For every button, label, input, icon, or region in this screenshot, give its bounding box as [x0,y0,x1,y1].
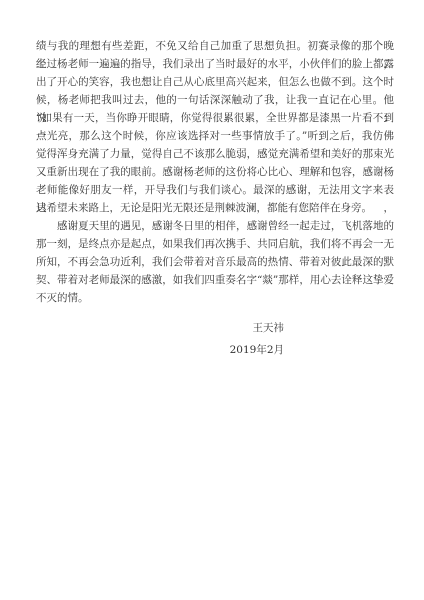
document-page: 绩与我的理想有些差距，不免又给自己加重了思想负担。初赛录像的那个晚上，经过杨老师… [0,0,424,600]
text-line: 绩与我的理想有些差距，不免又给自己加重了思想负担。初赛录像的那个晚上， [36,37,394,55]
text-line: 出了开心的笑容，我也想让自己从心底里高兴起来，但怎么也做不到。这个时 [36,73,394,91]
text-line: 候，杨老师把我叫过去，他的一句话深深触动了我，让我一直记在心里。他说： [36,91,394,109]
text-line: 老师能像好朋友一样，开导我们与我们谈心。最深的感谢，无法用文字来表达， [36,181,394,199]
signature-name: 王天祎 [36,317,284,339]
text-line: 只希望未来路上，无论是阳光无限还是荆棘波澜，都能有您陪伴在身旁。 [36,199,394,217]
text-line: 那一刻，是终点亦是起点，如果我们再次携手、共同启航，我们将不再会一无 [36,235,394,253]
signature-block: 王天祎 2019年2月 [36,317,394,361]
text-line: 经过杨老师一遍遍的指导，我们录出了当时最好的水平，小伙伴们的脸上都露 [36,55,394,73]
text-line: 觉得浑身充满了力量，觉得自己不该那么脆弱，感觉充满希望和美好的那束光 [36,145,394,163]
signature-date: 2019年2月 [36,339,284,361]
text-line: 所知，不再会急功近利，我们会带着对音乐最高的热情、带着对彼此最深的默 [36,253,394,271]
text-line: “如果有一天，当你睁开眼睛，你觉得很累很累，全世界都是漆黑一片看不到一 [36,109,394,127]
text-line: 感谢夏天里的遇见，感谢冬日里的相伴，感谢曾经一起走过，飞机落地的 [36,217,394,235]
text-line: 不灭的情。 [36,289,394,307]
text-line: 又重新出现在了我的眼前。感谢杨老师的这份将心比心、理解和包容，感谢杨 [36,163,394,181]
document-content: 绩与我的理想有些差距，不免又给自己加重了思想负担。初赛录像的那个晚上，经过杨老师… [0,0,424,361]
text-line: 点光亮，那么这个时候，你应该选择对一些事情放手了。”听到之后，我仿佛 [36,127,394,145]
body-text: 绩与我的理想有些差距，不免又给自己加重了思想负担。初赛录像的那个晚上，经过杨老师… [36,37,394,307]
text-line: 契、带着对老师最深的感激，如我们四重奏名字“燚”那样，用心去诠释这挚爱 [36,271,394,289]
